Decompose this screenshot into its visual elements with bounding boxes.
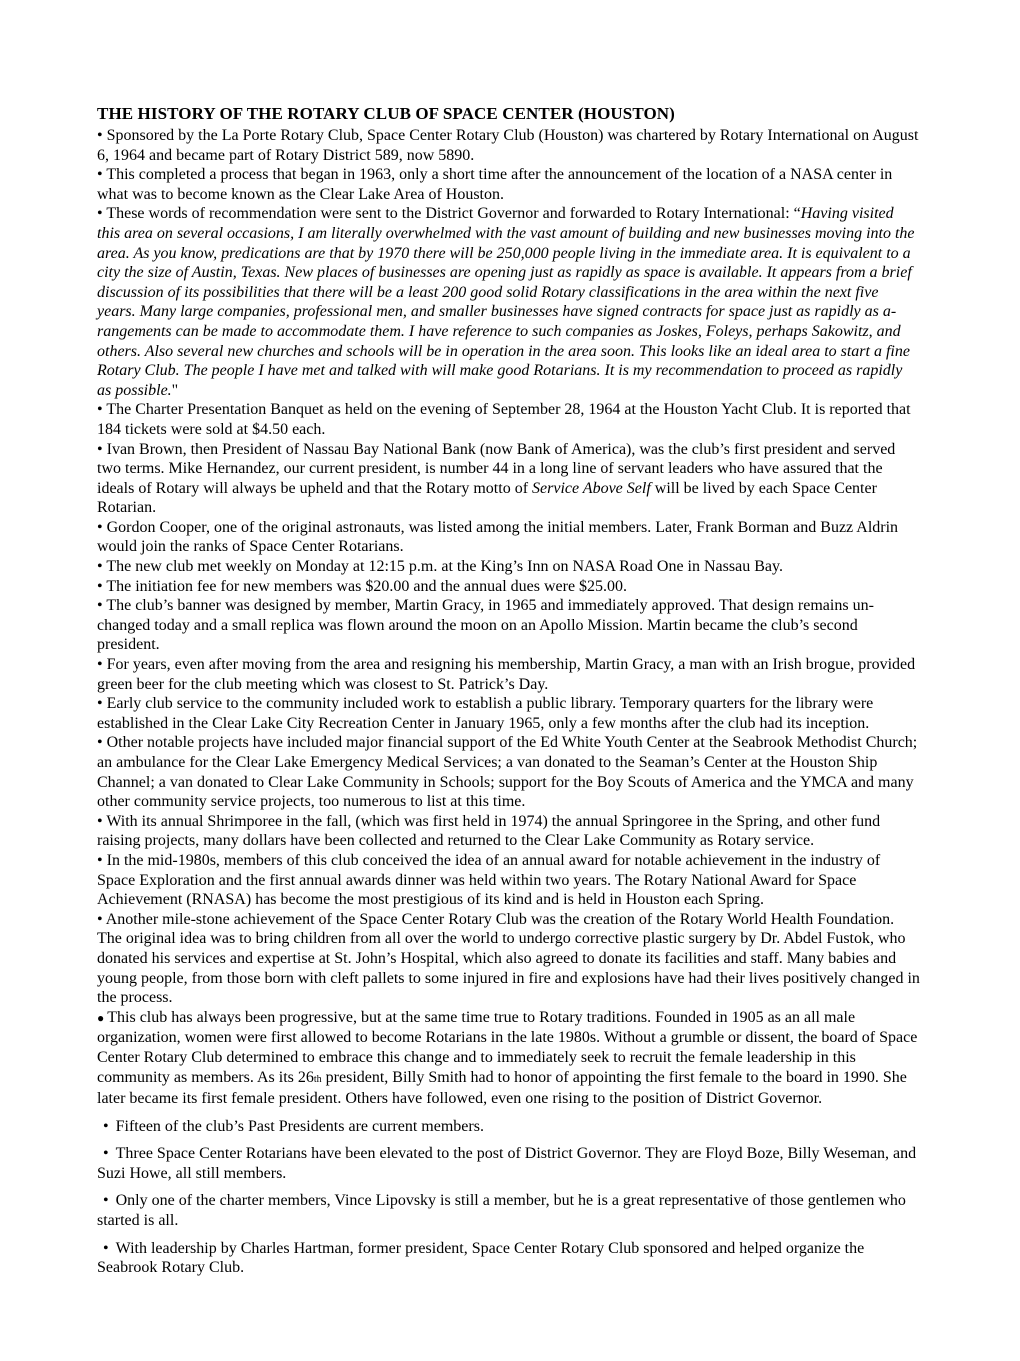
bullet-marker: • (97, 166, 106, 183)
paragraph: • With leadership by Charles Hartman, fo… (97, 1239, 920, 1278)
paragraph: • These words of recommendation were sen… (97, 204, 920, 400)
body-text: Gordon Cooper, one of the original astro… (97, 519, 898, 556)
article-body: • Sponsored by the La Porte Rotary Club,… (97, 126, 920, 1278)
bullet-marker: • (97, 813, 106, 830)
body-text: Three Space Center Rotarians have been e… (97, 1145, 916, 1182)
bullet-marker: • (97, 519, 107, 536)
body-text: Other notable projects have included maj… (97, 734, 917, 810)
bullet-marker: • (103, 1192, 113, 1209)
bullet-marker: • (97, 911, 106, 928)
paragraph: • Ivan Brown, then President of Nassau B… (97, 440, 920, 518)
paragraph: • In the mid-1980s, members of this club… (97, 851, 920, 910)
body-text: Only one of the charter members, Vince L… (97, 1192, 906, 1229)
document-page: THE HISTORY OF THE ROTARY CLUB OF SPACE … (0, 0, 1020, 1361)
body-text: Sponsored by the La Porte Rotary Club, S… (97, 127, 918, 164)
bullet-marker: • (97, 205, 106, 222)
paragraph: • Gordon Cooper, one of the original ast… (97, 518, 920, 557)
body-text: Fifteen of the club’s Past Presidents ar… (116, 1118, 484, 1135)
bullet-marker: ● (97, 1011, 107, 1025)
body-text: Early club service to the community incl… (97, 695, 873, 732)
body-text: For years, even after moving from the ar… (97, 656, 915, 693)
paragraph: • For years, even after moving from the … (97, 655, 920, 694)
bullet-marker: • (97, 852, 107, 869)
body-text: With leadership by Charles Hartman, form… (97, 1240, 864, 1277)
body-text: In the mid-1980s, members of this club c… (97, 852, 880, 908)
body-text: The club’s banner was designed by member… (97, 597, 874, 653)
paragraph: • The new club met weekly on Monday at 1… (97, 557, 920, 577)
paragraph: • Another mile-stone achievement of the … (97, 910, 920, 1008)
paragraph: • The initiation fee for new members was… (97, 577, 920, 597)
body-text: This completed a process that began in 1… (97, 166, 892, 203)
bullet-marker: • (97, 695, 107, 712)
paragraph: • Only one of the charter members, Vince… (97, 1191, 920, 1230)
bullet-marker: • (97, 656, 107, 673)
ordinal-suffix: th (314, 1074, 322, 1085)
body-text: The new club met weekly on Monday at 12:… (106, 558, 783, 575)
body-text: " (172, 382, 179, 399)
paragraph: • Other notable projects have included m… (97, 733, 920, 811)
paragraph: • With its annual Shrimporee in the fall… (97, 812, 920, 851)
body-text: The Charter Presentation Banquet as held… (97, 401, 911, 438)
bullet-marker: • (97, 597, 106, 614)
italic-text: Service Above Self (532, 480, 651, 497)
body-text: The initiation fee for new members was $… (106, 578, 627, 595)
body-text: With its annual Shrimporee in the fall, … (97, 813, 880, 850)
bullet-marker: • (97, 578, 106, 595)
paragraph: • Early club service to the community in… (97, 694, 920, 733)
bullet-marker: • (97, 401, 106, 418)
bullet-marker: • (103, 1240, 113, 1257)
bullet-marker: • (103, 1145, 113, 1162)
paragraph: • The Charter Presentation Banquet as he… (97, 400, 920, 439)
bullet-marker: • (97, 441, 107, 458)
paragraph: • Sponsored by the La Porte Rotary Club,… (97, 126, 920, 165)
body-text: These words of recommendation were sent … (106, 205, 800, 222)
page-title: THE HISTORY OF THE ROTARY CLUB OF SPACE … (97, 102, 920, 126)
paragraph: • Fifteen of the club’s Past Presidents … (97, 1117, 920, 1137)
paragraph: • Three Space Center Rotarians have been… (97, 1144, 920, 1183)
paragraph: ● This club has always been progressive,… (97, 1008, 920, 1109)
bullet-marker: • (97, 734, 107, 751)
bullet-marker: • (103, 1118, 113, 1135)
paragraph: • The club’s banner was designed by memb… (97, 596, 920, 655)
body-text: Another mile-stone achievement of the Sp… (97, 911, 920, 1006)
bullet-marker: • (97, 127, 107, 144)
italic-text: Having visited this area on several occa… (97, 205, 915, 398)
bullet-marker: • (97, 558, 106, 575)
paragraph: • This completed a process that began in… (97, 165, 920, 204)
